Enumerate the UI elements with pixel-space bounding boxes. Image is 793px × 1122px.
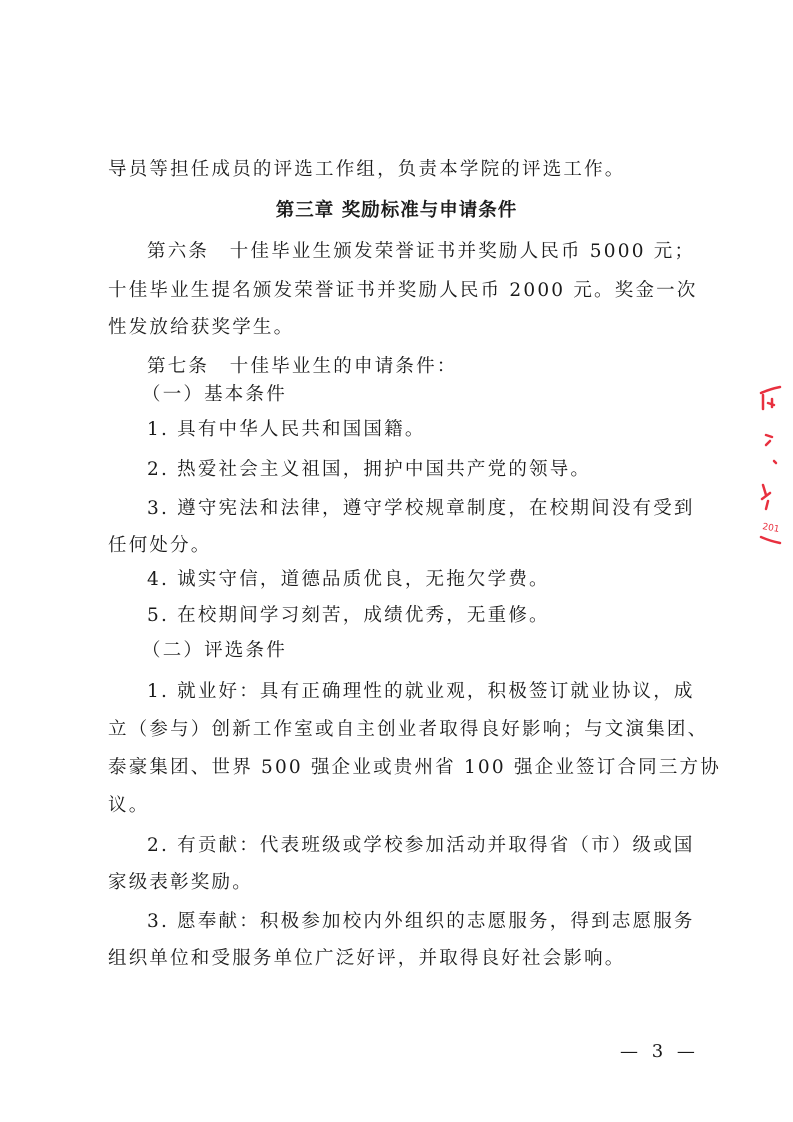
paragraph-line: 十佳毕业生提名颁发荣誉证书并奖励人民币 2000 元。奖金一次 [108, 279, 688, 303]
page-number: — 3 — [620, 1040, 699, 1064]
article-seven-line: 第七条 十佳毕业生的申请条件： [147, 355, 727, 379]
paragraph-line: 任何处分。 [108, 534, 688, 558]
list-item: 5. 在校期间学习刻苦，成绩优秀，无重修。 [147, 604, 727, 628]
article-six-line: 第六条 十佳毕业生颁发荣誉证书并奖励人民币 5000 元； [147, 240, 727, 264]
paragraph-line: 家级表彰奖励。 [108, 871, 688, 895]
list-item: 2. 热爱社会主义祖国，拥护中国共产党的领导。 [147, 458, 727, 482]
list-item: 2. 有贡献：代表班级或学校参加活动并取得省（市）级或国 [147, 834, 727, 858]
stamp-year-text: 201 [761, 522, 780, 535]
paragraph-line: 组织单位和受服务单位广泛好评，并取得良好社会影响。 [108, 947, 688, 971]
list-item: 1. 具有中华人民共和国国籍。 [147, 418, 727, 442]
paragraph-line: 导员等担任成员的评选工作组，负责本学院的评选工作。 [108, 158, 688, 182]
section-heading-basic: （一）基本条件 [142, 383, 722, 407]
list-item: 3. 愿奉献：积极参加校内外组织的志愿服务，得到志愿服务 [147, 910, 727, 934]
list-item: 1. 就业好：具有正确理性的就业观，积极签订就业协议，成 [147, 680, 727, 704]
section-heading-evaluation: （二）评选条件 [142, 639, 722, 663]
official-seal-stamp-icon: 201 [758, 385, 793, 545]
chapter-heading: 第三章 奖励标准与申请条件 [0, 199, 793, 223]
paragraph-line: 议。 [108, 794, 688, 818]
list-item: 4. 诚实守信，道德品质优良，无拖欠学费。 [147, 568, 727, 592]
paragraph-line: 性发放给获奖学生。 [108, 316, 688, 340]
document-page: 导员等担任成员的评选工作组，负责本学院的评选工作。 第三章 奖励标准与申请条件 … [0, 0, 793, 1122]
list-item: 3. 遵守宪法和法律，遵守学校规章制度，在校期间没有受到 [147, 497, 727, 521]
paragraph-line: 立（参与）创新工作室或自主创业者取得良好影响；与文演集团、 [108, 718, 688, 742]
paragraph-line: 泰豪集团、世界 500 强企业或贵州省 100 强企业签订合同三方协 [108, 756, 688, 780]
